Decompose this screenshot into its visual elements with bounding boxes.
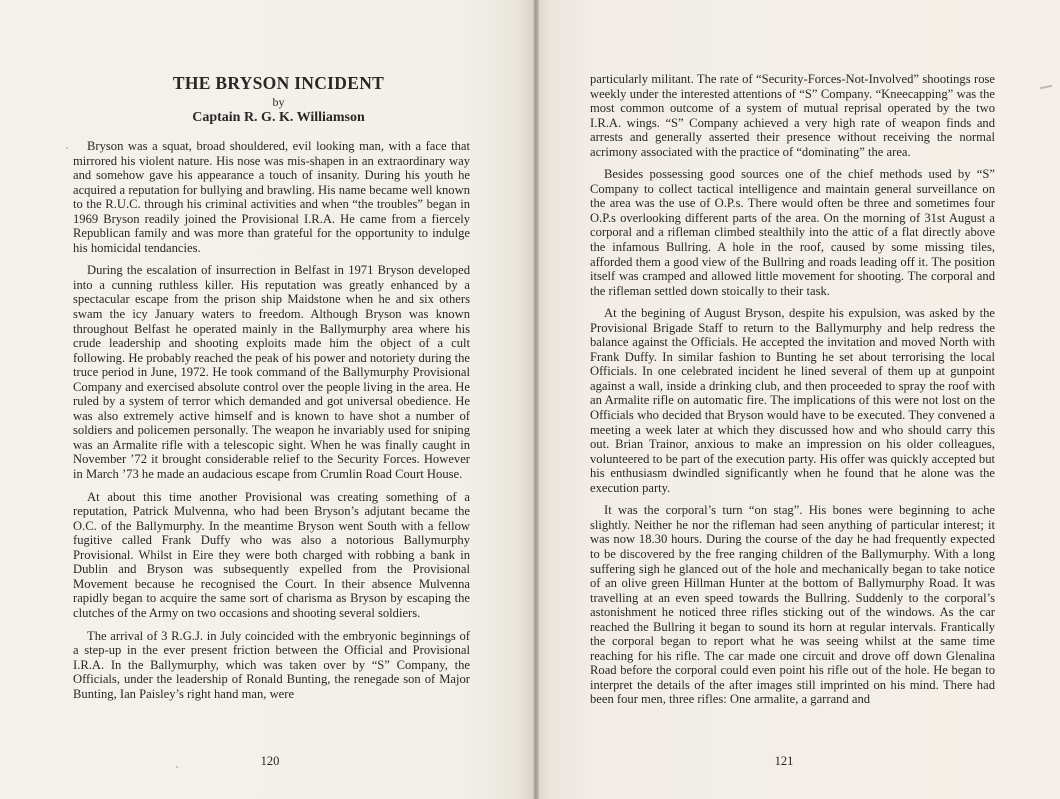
- paragraph: At the begining of August Bryson, despit…: [590, 306, 995, 495]
- article-title: THE BRYSON INCIDENT: [87, 72, 470, 94]
- paper-speck: [176, 766, 178, 768]
- paragraph: The arrival of 3 R.G.J. in July coincide…: [73, 629, 470, 702]
- book-gutter: [533, 0, 539, 799]
- byline: by: [87, 95, 470, 109]
- page-number-left: 120: [240, 754, 300, 769]
- left-page: THE BRYSON INCIDENT by Captain R. G. K. …: [0, 0, 535, 799]
- right-page-text: particularly militant. The rate of “Secu…: [590, 72, 995, 715]
- paragraph: Bryson was a squat, broad shouldered, ev…: [73, 139, 470, 255]
- pencil-mark: [1040, 85, 1052, 89]
- paper-speck: [66, 147, 68, 149]
- author-name: Captain R. G. K. Williamson: [87, 109, 470, 127]
- paragraph: During the escalation of insurrection in…: [73, 263, 470, 481]
- page-number-right: 121: [754, 754, 814, 769]
- left-page-text: THE BRYSON INCIDENT by Captain R. G. K. …: [73, 72, 470, 709]
- paragraph: Besides possessing good sources one of t…: [590, 167, 995, 298]
- right-page: particularly militant. The rate of “Secu…: [535, 0, 1060, 799]
- book-spread: THE BRYSON INCIDENT by Captain R. G. K. …: [0, 0, 1060, 799]
- paragraph: It was the corporal’s turn “on stag”. Hi…: [590, 503, 995, 707]
- paragraph: At about this time another Provisional w…: [73, 490, 470, 621]
- paragraph: particularly militant. The rate of “Secu…: [590, 72, 995, 159]
